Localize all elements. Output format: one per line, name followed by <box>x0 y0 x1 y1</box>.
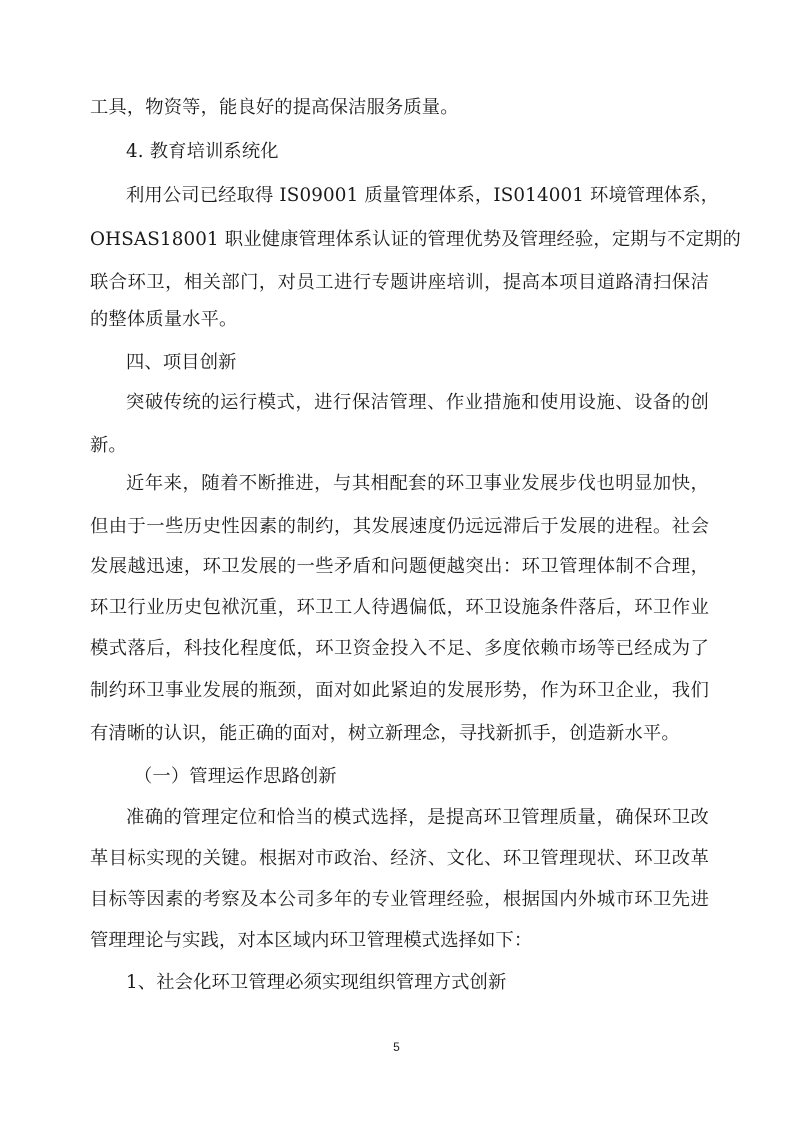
paragraph-line: 管理理论与实践，对本区域内环卫管理模式选择如下： <box>90 926 532 956</box>
paragraph-line: 但由于一些历史性因素的制约，其发展速度仍远远滞后于发展的进程。社会 <box>90 512 709 542</box>
paragraph-line: 近年来，随着不断推进，与其相配套的环卫事业发展步伐也明显加快， <box>126 469 709 499</box>
paragraph-line: 的整体质量水平。 <box>90 305 237 335</box>
section-heading-education-training: 4. 教育培训系统化 <box>126 137 279 167</box>
paragraph-line: 制约环卫事业发展的瓶颈，面对如此紧迫的发展形势，作为环卫企业，我们 <box>90 676 709 706</box>
paragraph-line: 准确的管理定位和恰当的模式选择，是提高环卫管理质量，确保环卫改 <box>126 803 709 833</box>
paragraph-line: 突破传统的运行模式，进行保洁管理、作业措施和使用设施、设备的创 <box>126 388 709 418</box>
paragraph-line: 利用公司已经取得 IS09001 质量管理体系，IS014001 环境管理体系， <box>126 181 709 211</box>
paragraph-line: OHSAS18001 职业健康管理体系认证的管理优势及管理经验，定期与不定期的 <box>90 225 709 255</box>
list-item-heading: 1、社会化环卫管理必须实现组织管理方式创新 <box>126 968 506 998</box>
paragraph-line: 环卫行业历史包袱沉重，环卫工人待遇偏低，环卫设施条件落后，环卫作业 <box>90 593 709 623</box>
paragraph-line: 工具，物资等，能良好的提高保洁服务质量。 <box>90 93 459 123</box>
section-heading-project-innovation: 四、项目创新 <box>126 348 237 378</box>
paragraph-line: 发展越迅速，环卫发展的一些矛盾和问题便越突出：环卫管理体制不合理， <box>90 552 709 582</box>
subsection-heading-management-innovation: （一）管理运作思路创新 <box>134 762 337 792</box>
page-number: 5 <box>0 1040 793 1054</box>
paragraph-line: 新。 <box>90 431 127 461</box>
paragraph-line: 联合环卫，相关部门，对员工进行专题讲座培训，提高本项目道路清扫保洁 <box>90 268 709 298</box>
paragraph-line: 目标等因素的考察及本公司多年的专业管理经验，根据国内外城市环卫先进 <box>90 885 709 915</box>
paragraph-line: 模式落后，科技化程度低，环卫资金投入不足、多度依赖市场等已经成为了 <box>90 634 709 664</box>
paragraph-line: 革目标实现的关键。根据对市政治、经济、文化、环卫管理现状、环卫改革 <box>90 844 709 874</box>
paragraph-line: 有清晰的认识，能正确的面对，树立新理念，寻找新抓手，创造新水平。 <box>90 719 680 749</box>
